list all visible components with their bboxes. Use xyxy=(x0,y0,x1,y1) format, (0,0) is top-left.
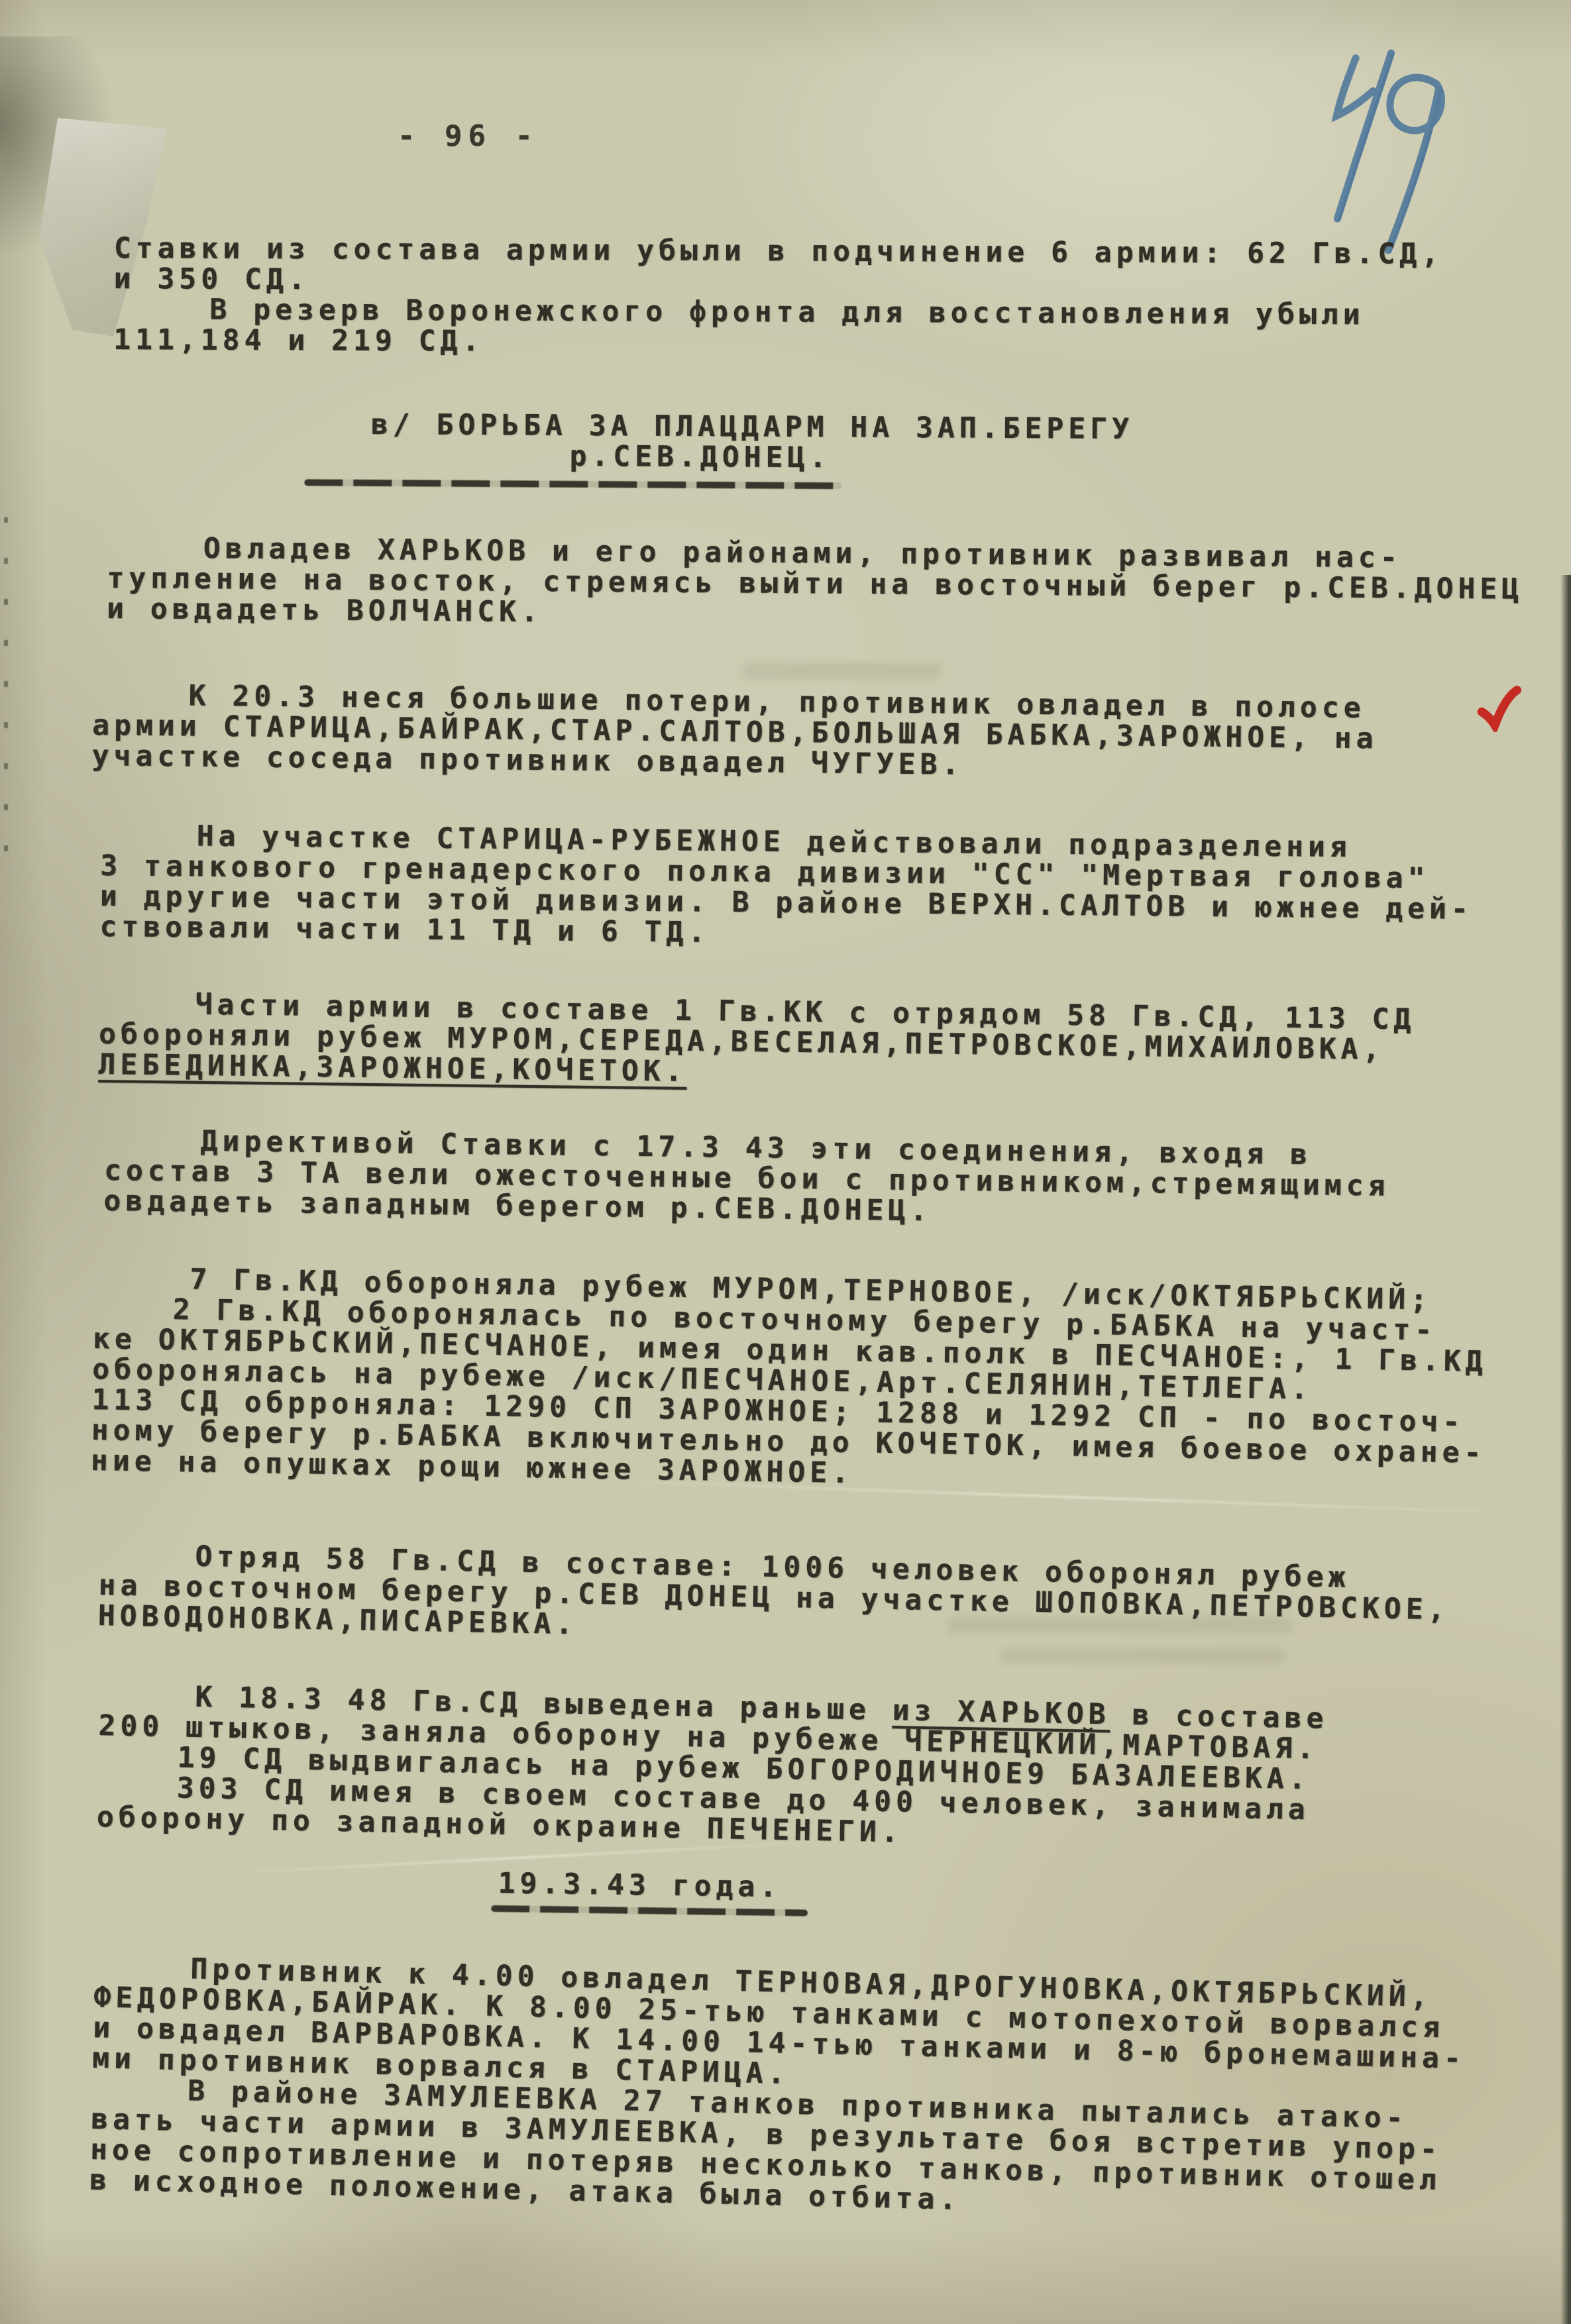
red-check-icon xyxy=(1473,683,1527,733)
section-heading: в/ БОРЬБА ЗА ПЛАЦДАРМ НА ЗАП.БЕРЕГУ р.СЕ… xyxy=(370,409,1134,475)
paragraph-ss-division: На участке СТАРИЦА-РУБЕЖНОЕ действовали … xyxy=(99,820,1474,955)
page-number: - 96 - xyxy=(398,119,539,153)
red-checkmark-annotation xyxy=(1473,683,1527,736)
paragraph-army-composition: Части армии в составе 1 Гв.КК с отрядом … xyxy=(98,988,1415,1096)
date-heading-text: 19.3.43 года. xyxy=(498,1868,781,1903)
paragraph-stavka-directive: Директивой Ставки с 17.3 43 эти соединен… xyxy=(103,1125,1390,1232)
paragraph-19-march: Противник к 4.00 овладел ТЕРНОВАЯ,ДРОГУН… xyxy=(89,1952,1468,2227)
paragraph-enemy-advance: К 20.3 неся большие потери, противник ов… xyxy=(92,680,1379,784)
text-line: Ставки из состава армии убыли в подчинен… xyxy=(114,233,1443,270)
bleed-through-smudge xyxy=(742,662,941,680)
paragraph-kharkov: Овладев ХАРЬКОВ и его районами, противни… xyxy=(107,533,1524,635)
page-number-label: - 96 - xyxy=(398,119,539,153)
paragraph-cavalry-divisions: 7 Гв.КД обороняла рубеж МУРОМ,ТЕРНОВОЕ, … xyxy=(91,1263,1489,1499)
heading-underline xyxy=(491,1905,808,1917)
pencil-49-icon xyxy=(1289,34,1467,270)
date-heading: 19.3.43 года. xyxy=(498,1868,781,1903)
paragraph-detachment-58: Отряд 58 Гв.СД в составе: 1006 человек о… xyxy=(97,1540,1450,1656)
section-heading-line1: в/ БОРЬБА ЗА ПЛАЦДАРМ НА ЗАП.БЕРЕГУ xyxy=(371,409,1134,445)
scanned-document-page: - 96 - Ставки из состава армии убыли в п… xyxy=(0,0,1571,2324)
edge-speckles xyxy=(4,517,8,861)
heading-underline xyxy=(304,479,842,489)
scan-edge-strip xyxy=(1560,575,1571,2324)
paragraph-18-3: К 18.3 48 Гв.СД выведена раньше из ХАРЬК… xyxy=(97,1680,1328,1856)
paragraph-intro: Ставки из состава армии убыли в подчинен… xyxy=(113,233,1443,361)
